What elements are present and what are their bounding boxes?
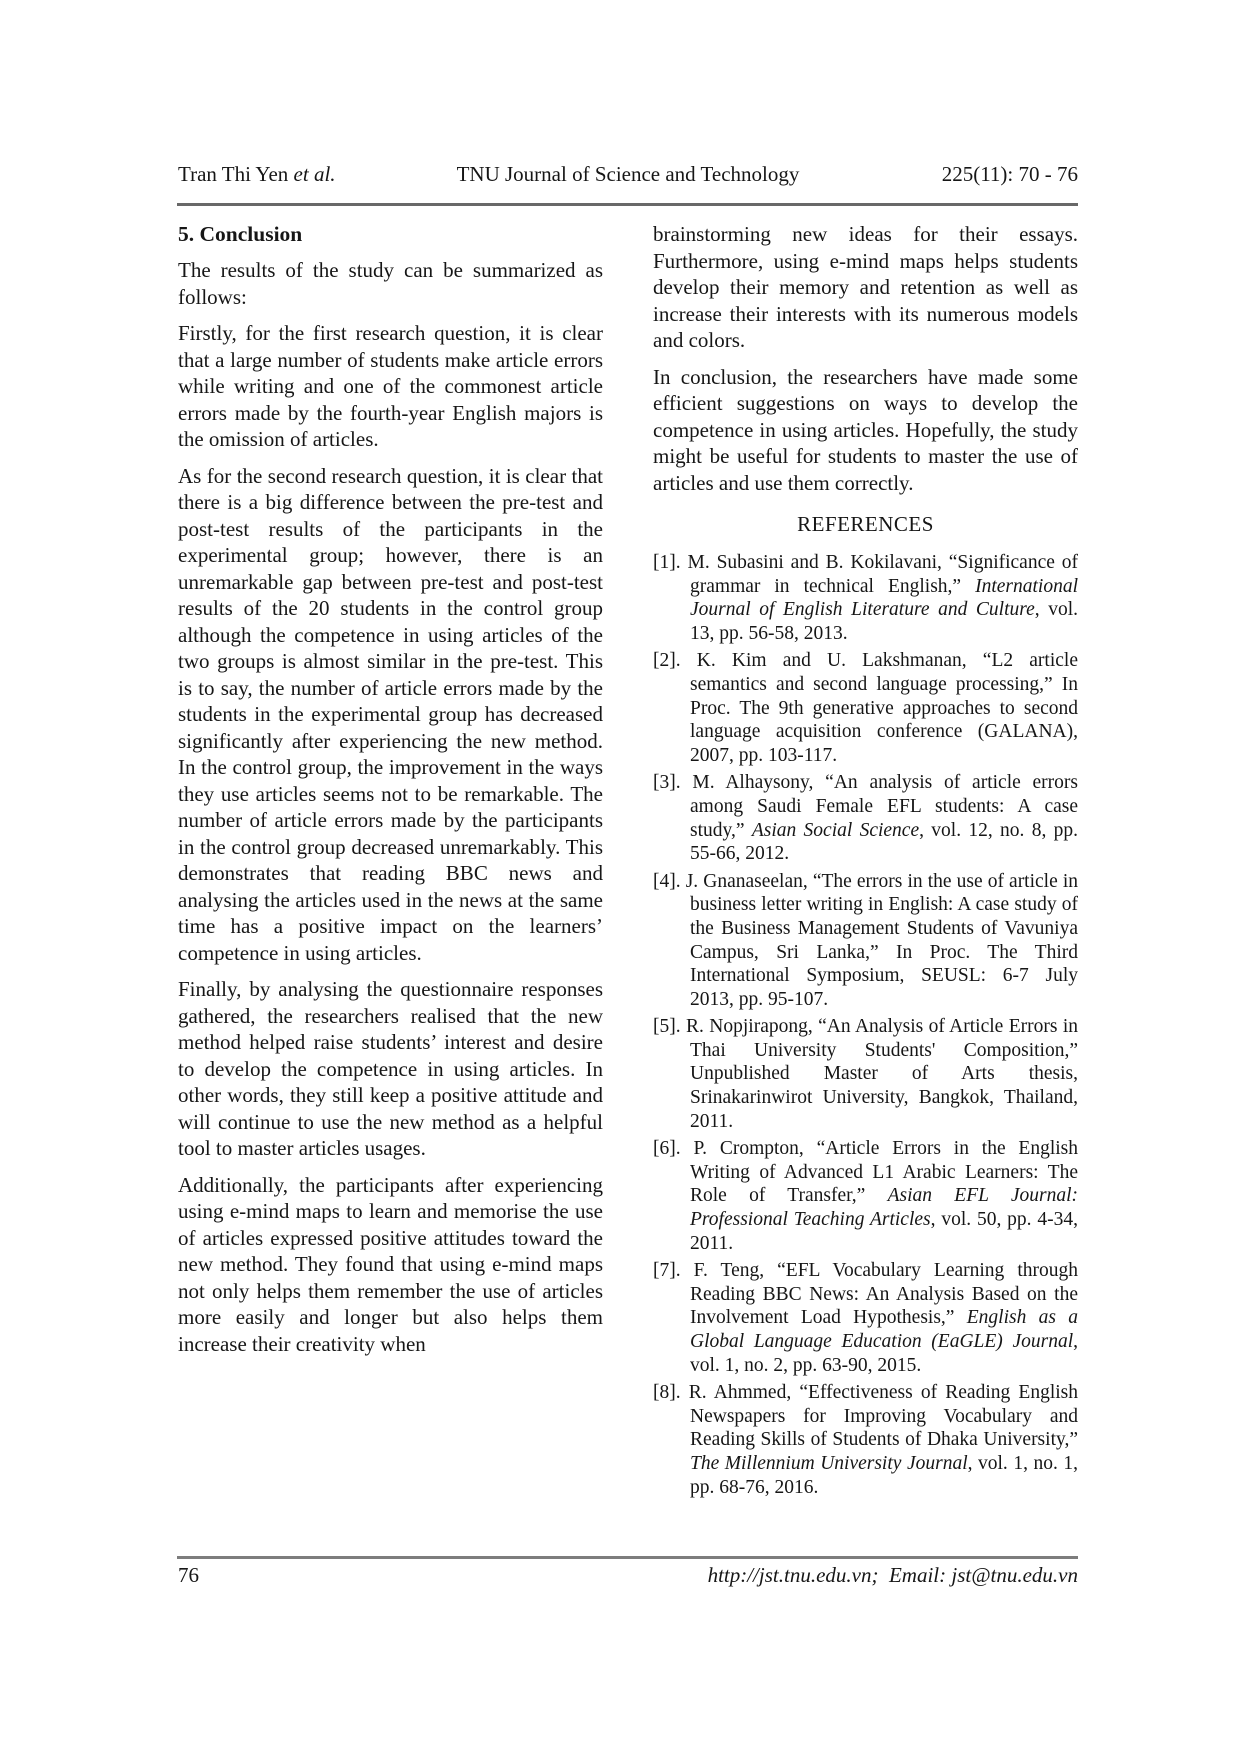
reference-item: [1]. M. Subasini and B. Kokilavani, “Sig… [653, 551, 1078, 645]
header-author-name: Tran Thi Yen [178, 162, 294, 186]
body-paragraph: In conclusion, the researchers have made… [653, 364, 1078, 497]
reference-journal-title: Asian Social Science [752, 820, 919, 841]
footer-journal-contact: http://jst.tnu.edu.vn; Email: jst@tnu.ed… [708, 1562, 1078, 1588]
footer-divider [177, 1556, 1078, 1559]
reference-text: K. Kim and U. Lakshmanan, “L2 article se… [690, 650, 1078, 765]
section-heading-conclusion: 5. Conclusion [178, 221, 603, 248]
reference-label: [4]. [653, 871, 681, 892]
reference-text: J. Gnanaseelan, “The errors in the use o… [686, 871, 1078, 1010]
body-paragraph: brainstorming new ideas for their essays… [653, 221, 1078, 354]
header-author-etal: et al. [294, 162, 336, 186]
header-author: Tran Thi Yen et al. [178, 162, 435, 186]
reference-item: [7]. F. Teng, “EFL Vocabulary Learning t… [653, 1259, 1078, 1377]
reference-label: [3]. [653, 772, 681, 793]
right-column: brainstorming new ideas for their essays… [653, 221, 1078, 1503]
reference-label: [1]. [653, 552, 681, 573]
body-paragraph: Additionally, the participants after exp… [178, 1172, 603, 1358]
reference-item: [2]. K. Kim and U. Lakshmanan, “L2 artic… [653, 649, 1078, 767]
reference-label: [8]. [653, 1382, 681, 1403]
document-page: Tran Thi Yen et al. TNU Journal of Scien… [0, 0, 1240, 1754]
reference-item: [3]. M. Alhaysony, “An analysis of artic… [653, 771, 1078, 865]
body-paragraph: Finally, by analysing the questionnaire … [178, 976, 603, 1162]
reference-text: R. Nopjirapong, “An Analysis of Article … [686, 1016, 1078, 1131]
reference-label: [5]. [653, 1016, 681, 1037]
reference-label: [2]. [653, 650, 681, 671]
left-column: 5. Conclusion The results of the study c… [178, 221, 603, 1503]
body-paragraph: Firstly, for the first research question… [178, 320, 603, 453]
reference-label: [6]. [653, 1138, 681, 1159]
reference-item: [4]. J. Gnanaseelan, “The errors in the … [653, 870, 1078, 1012]
page-header: Tran Thi Yen et al. TNU Journal of Scien… [178, 162, 1078, 186]
header-journal-title: TNU Journal of Science and Technology [435, 162, 821, 186]
reference-journal-title: The Millennium University Journal [690, 1453, 968, 1474]
body-paragraph: The results of the study can be summariz… [178, 257, 603, 310]
references-list: [1]. M. Subasini and B. Kokilavani, “Sig… [653, 551, 1078, 1499]
reference-item: [8]. R. Ahmmed, “Effectiveness of Readin… [653, 1381, 1078, 1499]
header-divider [177, 203, 1078, 206]
two-column-body: 5. Conclusion The results of the study c… [178, 221, 1078, 1503]
reference-item: [5]. R. Nopjirapong, “An Analysis of Art… [653, 1015, 1078, 1133]
page-footer: 76 http://jst.tnu.edu.vn; Email: jst@tnu… [178, 1562, 1078, 1588]
body-paragraph: As for the second research question, it … [178, 463, 603, 967]
header-issue-pages: 225(11): 70 - 76 [821, 162, 1078, 186]
reference-text: R. Ahmmed, “Effectiveness of Reading Eng… [689, 1382, 1078, 1450]
reference-label: [7]. [653, 1260, 681, 1281]
page-number: 76 [178, 1562, 199, 1588]
references-heading: REFERENCES [653, 511, 1078, 538]
reference-item: [6]. P. Crompton, “Article Errors in the… [653, 1137, 1078, 1255]
